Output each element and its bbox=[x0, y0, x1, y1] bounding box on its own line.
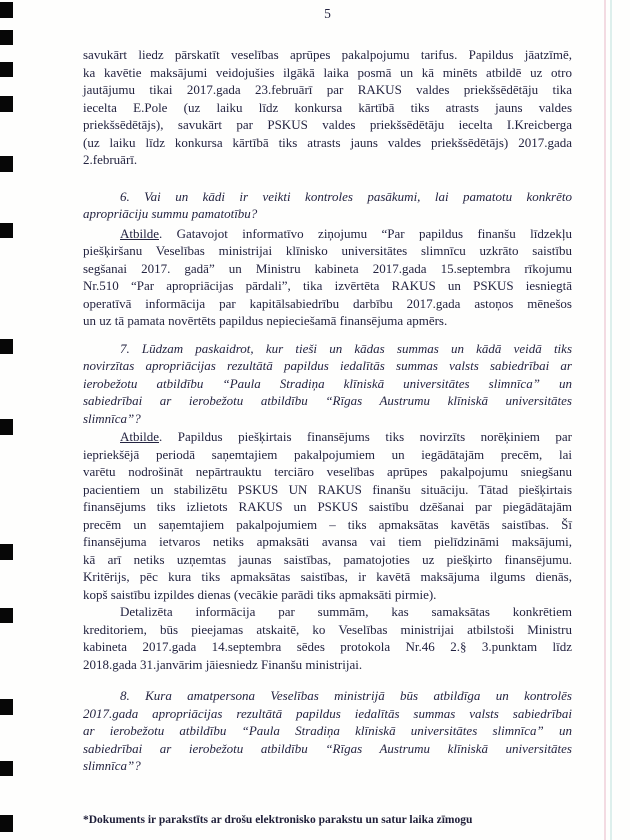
text-line: pacientiem un stabilizētu PSKUS UN RAKUS… bbox=[83, 481, 572, 499]
answer-7: Atbilde. Papildus piešķirtais finansējum… bbox=[83, 428, 572, 603]
text-line: kopš saistību izpildes dienas (vecākie p… bbox=[83, 586, 572, 604]
text-line: 7. Lūdzam paskaidrot, kur tieši un kādas… bbox=[83, 340, 572, 358]
answer-6-rest: piešķiršanu Veselības ministrijai klīnis… bbox=[83, 242, 572, 330]
page-number: 5 bbox=[83, 6, 572, 22]
text-line: Atbilde. Papildus piešķirtais finansējum… bbox=[83, 428, 572, 446]
scan-binding-mark bbox=[0, 608, 13, 623]
text-line: Kritērijs, pēc kura tiks apmaksātas sais… bbox=[83, 568, 572, 586]
scan-binding-mark bbox=[0, 699, 13, 715]
answer-label: Atbilde bbox=[120, 429, 159, 444]
scan-binding-mark bbox=[0, 419, 13, 435]
text-line: piešķiršanu Veselības ministrijai klīnis… bbox=[83, 242, 572, 260]
scan-binding-mark bbox=[0, 62, 13, 77]
text-line: kabineta 2017.gada 14.septembra sēdes pr… bbox=[83, 638, 572, 656]
text-line: novirzītas apropriācijas rezultātā papil… bbox=[83, 357, 572, 375]
text-line: sabiedrībai ar ierobežotu atbildību “Rīg… bbox=[83, 392, 572, 410]
scan-binding-mark bbox=[0, 2, 13, 18]
scan-edge-artifact bbox=[604, 0, 606, 840]
scanned-document-page: 5 savukārt liedz pārskatīt veselības apr… bbox=[0, 0, 630, 840]
text-line: 8. Kura amatpersona Veselības ministrijā… bbox=[83, 687, 572, 705]
scan-edge-artifact bbox=[610, 0, 612, 840]
text-line: segšanai 2017. gadā” un Ministru kabinet… bbox=[83, 260, 572, 278]
scan-binding-mark bbox=[0, 223, 13, 238]
scan-binding-mark bbox=[0, 761, 13, 776]
document-body: savukārt liedz pārskatīt veselības aprūp… bbox=[83, 46, 572, 775]
text-line: varētu nodrošināt nepārtrauktu terciāro … bbox=[83, 463, 572, 481]
text-line: ar ierobežotu atbildību “Paula Stradiņa … bbox=[83, 722, 572, 740]
text-line: slimnīca”? bbox=[83, 410, 572, 428]
text-line: slimnīca”? bbox=[83, 757, 572, 775]
text-line: precēm un saņemtajiem pakalpojumiem – ti… bbox=[83, 516, 572, 534]
text-line: operatīvā informācija par kapitālsabiedr… bbox=[83, 295, 572, 313]
question-8: 8. Kura amatpersona Veselības ministrijā… bbox=[83, 687, 572, 775]
text-line: 2017.gada apropriācijas rezultātā papild… bbox=[83, 705, 572, 723]
scan-binding-mark bbox=[0, 815, 13, 832]
text-line: 2018.gada 31.janvārim jāiesniedz Finanšu… bbox=[83, 656, 572, 674]
scan-binding-mark bbox=[0, 30, 13, 45]
text-line: 2.februārī. bbox=[83, 151, 572, 169]
text-line: ka kavētie maksājumi veidojušies ilgākā … bbox=[83, 64, 572, 82]
scan-binding-mark bbox=[0, 96, 13, 112]
paragraph-detail: Detalizēta informācija par summām, kas s… bbox=[83, 603, 572, 673]
text-line: iepriekšējā periodā saņemtajiem pakalpoj… bbox=[83, 446, 572, 464]
text-line-rest: . Papildus piešķirtais finansējums tiks … bbox=[159, 429, 572, 444]
answer-7-rest: iepriekšējā periodā saņemtajiem pakalpoj… bbox=[83, 446, 572, 604]
scan-binding-mark bbox=[0, 339, 13, 354]
answer-6: Atbilde. Gatavojot informatīvo ziņojumu … bbox=[83, 225, 572, 330]
signature-footnote: *Dokuments ir parakstīts ar drošu elektr… bbox=[83, 814, 572, 826]
scan-binding-mark bbox=[0, 156, 13, 172]
text-line: un uz tā pamata novērtēts papildus nepie… bbox=[83, 312, 572, 330]
text-line: Detalizēta informācija par summām, kas s… bbox=[83, 603, 572, 621]
text-line: finansējums tiks izlietots RAKUS un PSKU… bbox=[83, 498, 572, 516]
text-line: savukārt liedz pārskatīt veselības aprūp… bbox=[83, 46, 572, 64]
paragraph-continuation: savukārt liedz pārskatīt veselības aprūp… bbox=[83, 46, 572, 169]
text-line: kā arī netiks uzņemtas jaunas saistības,… bbox=[83, 551, 572, 569]
text-line: ierobežotu atbildību “Paula Stradiņa klī… bbox=[83, 375, 572, 393]
text-line: iecelta E.Pole (uz laiku līdz konkursa k… bbox=[83, 99, 572, 117]
text-line: Nr.510 “Par apropriācijas pārdali”, tika… bbox=[83, 277, 572, 295]
text-line: Atbilde. Gatavojot informatīvo ziņojumu … bbox=[83, 225, 572, 243]
question-6: 6. Vai un kādi ir veikti kontroles pasāk… bbox=[83, 188, 572, 223]
text-line: (uz laiku līdz konkursa kārtībā tiks atr… bbox=[83, 134, 572, 152]
text-line: 6. Vai un kādi ir veikti kontroles pasāk… bbox=[83, 188, 572, 206]
text-line: apropriāciju summu pamatotību? bbox=[83, 205, 572, 223]
text-line-rest: . Gatavojot informatīvo ziņojumu “Par pa… bbox=[159, 226, 572, 241]
text-line: priekšsēdētājs), savukārt par PSKUS vald… bbox=[83, 116, 572, 134]
text-line: kreditoriem, būs pieejamas atskaitē, ko … bbox=[83, 621, 572, 639]
text-line: sabiedrībai ar ierobežotu atbildību “Rīg… bbox=[83, 740, 572, 758]
text-line: finansējuma ietvaros netiks apmaksāti av… bbox=[83, 533, 572, 551]
question-7: 7. Lūdzam paskaidrot, kur tieši un kādas… bbox=[83, 340, 572, 428]
scan-binding-mark bbox=[0, 544, 13, 560]
text-line: jautājumu tikai 2017.gada 23.februārī pa… bbox=[83, 81, 572, 99]
answer-label: Atbilde bbox=[120, 226, 159, 241]
